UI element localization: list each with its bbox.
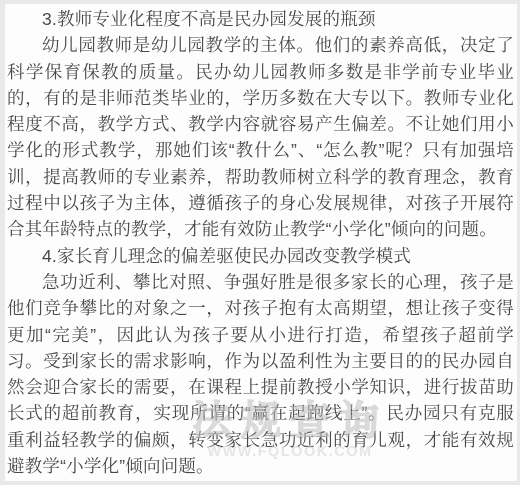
section-heading-3: 3.教师专业化程度不高是民办园发展的瓶颈 xyxy=(7,6,514,32)
paragraph-parent-concepts: 急功近利、攀比对照、争强好胜是很多家长的心理，孩子是他们竞争攀比的对象之一，对孩… xyxy=(7,269,514,479)
document-page: 3.教师专业化程度不高是民办园发展的瓶颈 幼儿园教师是幼儿园教学的主体。他们的素… xyxy=(5,4,517,481)
section-heading-4: 4.家长育儿理念的偏差驱使民办园改变教学模式 xyxy=(7,243,514,269)
paragraph-teacher-professionalism: 幼儿园教师是幼儿园教学的主体。他们的素养高低，决定了科学保育保教的质量。民办幼儿… xyxy=(7,32,514,242)
